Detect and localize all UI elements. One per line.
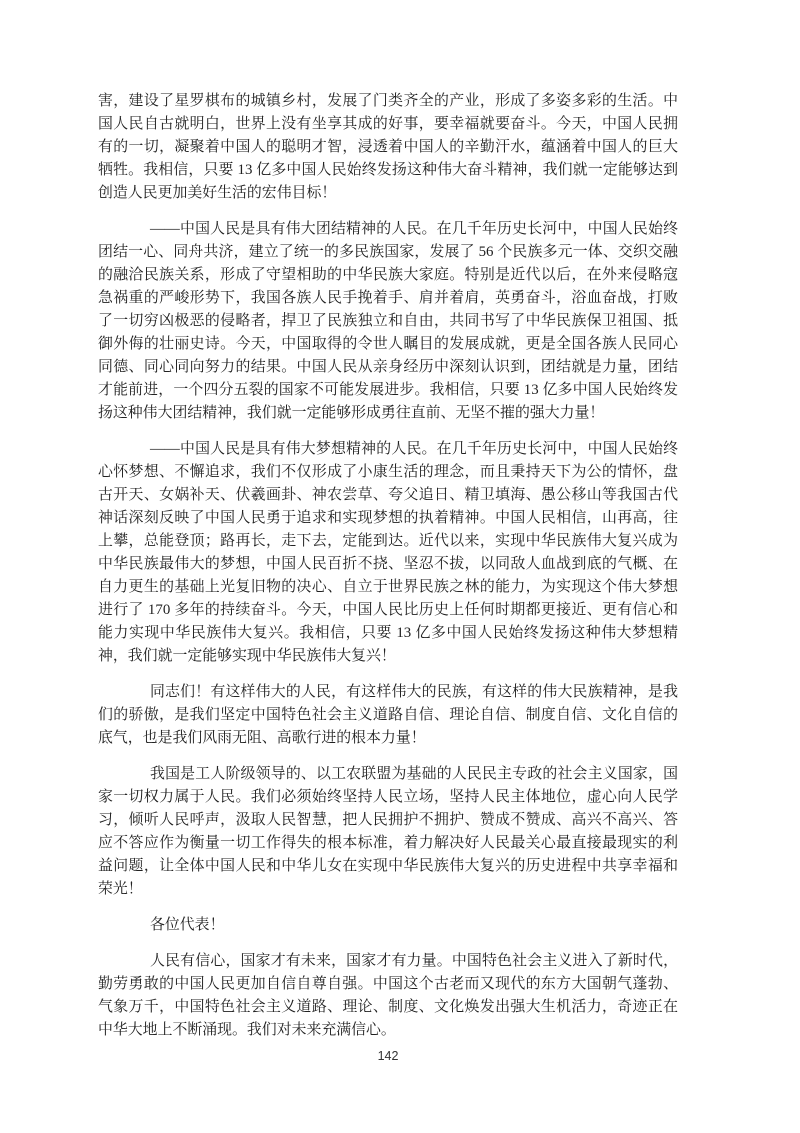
paragraph: 同志们！有这样伟大的人民，有这样伟大的民族，有这样的伟大民族精神，是我们的骄傲，… xyxy=(98,681,678,750)
document-page: 害，建设了星罗棋布的城镇乡村，发展了门类齐全的产业，形成了多姿多彩的生活。中国人… xyxy=(0,0,800,1133)
paragraph: 害，建设了星罗棋布的城镇乡村，发展了门类齐全的产业，形成了多姿多彩的生活。中国人… xyxy=(98,90,678,205)
paragraph: ——中国人民是具有伟大梦想精神的人民。在几千年历史长河中，中国人民始终心怀梦想、… xyxy=(98,438,678,668)
paragraph: 各位代表！ xyxy=(98,914,678,937)
paragraph: ——中国人民是具有伟大团结精神的人民。在几千年历史长河中，中国人民始终团结一心、… xyxy=(98,218,678,425)
paragraph: 我国是工人阶级领导的、以工农联盟为基础的人民民主专政的社会主义国家，国家一切权力… xyxy=(98,763,678,901)
page-number: 142 xyxy=(378,1049,399,1063)
paragraph: 人民有信心，国家才有未来，国家才有力量。中国特色社会主义进入了新时代，勤劳勇敢的… xyxy=(98,950,678,1042)
page-body: 害，建设了星罗棋布的城镇乡村，发展了门类齐全的产业，形成了多姿多彩的生活。中国人… xyxy=(98,90,678,1055)
page-footer: 142 xyxy=(98,1049,678,1063)
